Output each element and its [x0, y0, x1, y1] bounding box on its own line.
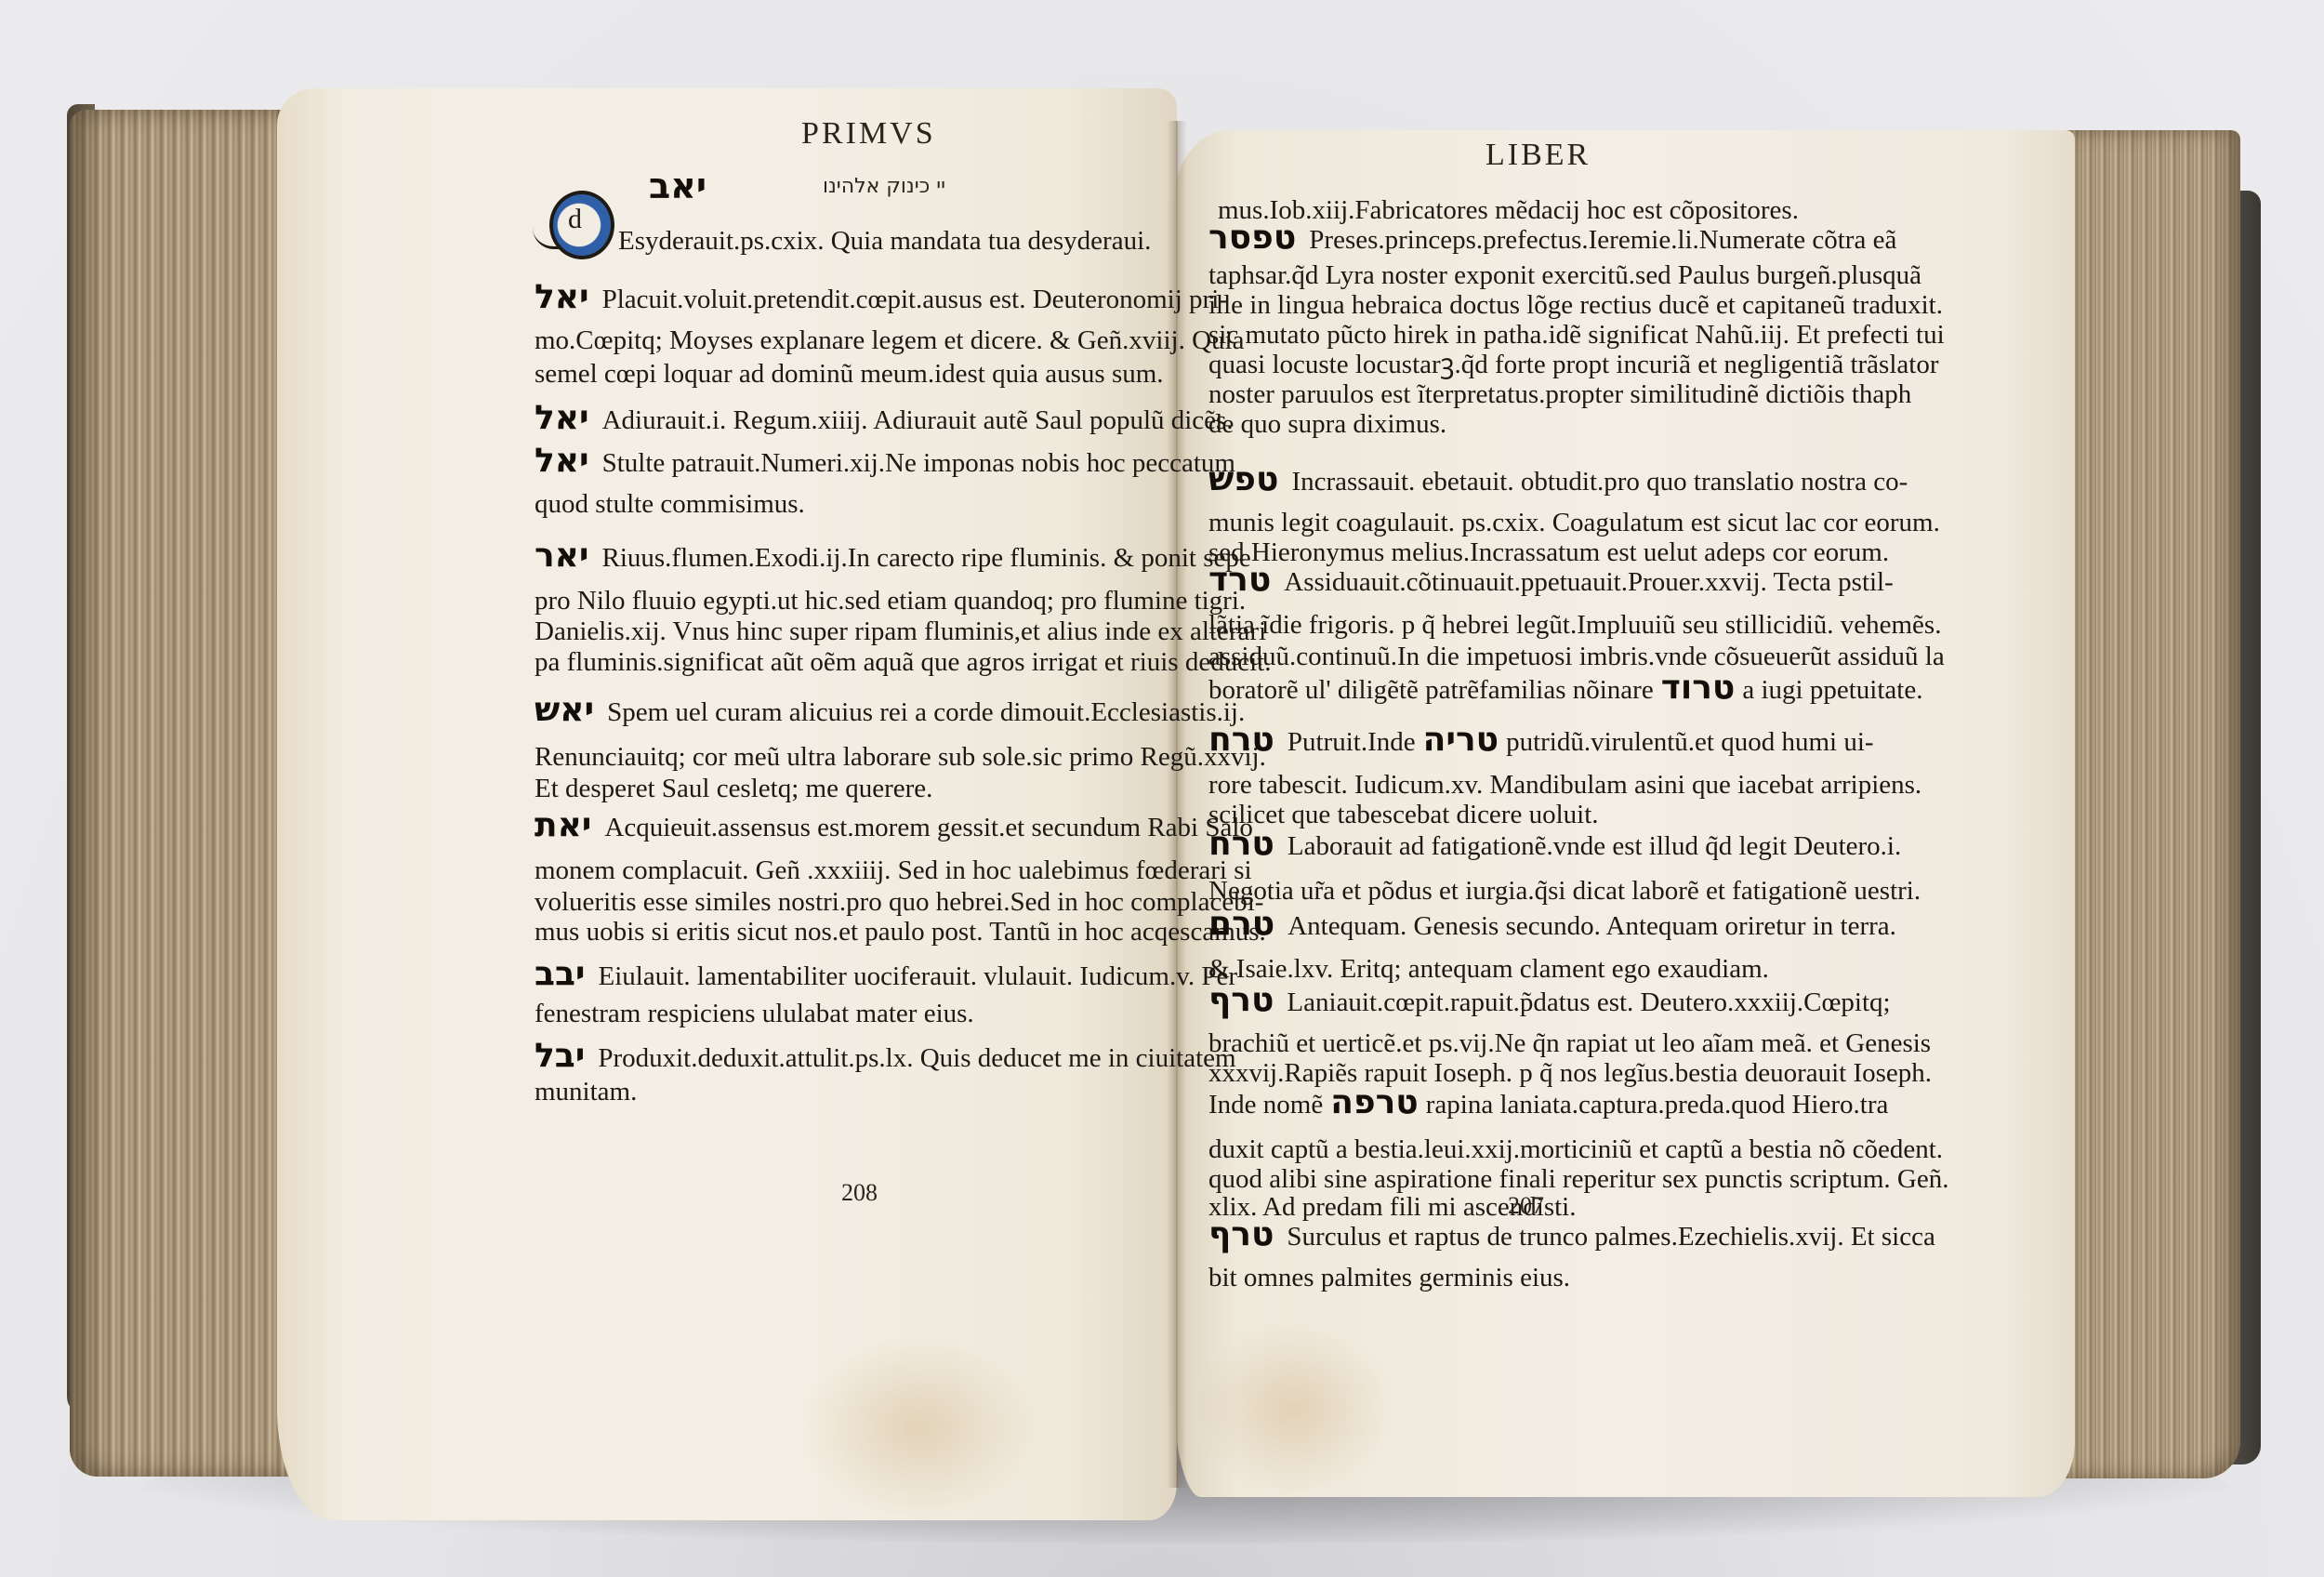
text-line: rore tabescit. Iudicum.xv. Mandibulam as… [1208, 772, 1921, 799]
text-line: & Isaie.lxv. Eritq; antequam clament ego… [1208, 956, 1769, 983]
text-line: taphsar.q̃d Lyra noster exponit exercitũ… [1208, 262, 1921, 289]
right-page-edges [2054, 130, 2240, 1478]
text-line: bit omnes palmites germinis eius. [1208, 1265, 1570, 1292]
entry-line: יבלProduxit.deduxit.attulit.ps.lx. Quis … [535, 1040, 1236, 1073]
text-line: Negotia ur̃a et põdus et iurgia.q̃si dic… [1208, 878, 1921, 905]
text-line: xxxvij.Rapiẽs rapuit Ioseph. p q̃ nos le… [1208, 1060, 1932, 1087]
hebrew-headword: טפש [1208, 463, 1278, 497]
entry-line: יאלAdiurauit.i. Regum.xiiij. Adiurauit a… [535, 402, 1234, 435]
text-line: de quo supra diximus. [1208, 411, 1446, 438]
text-line: volueritis esse similes nostri.pro quo h… [535, 889, 1263, 916]
text-line: mus uobis si eritis sicut nos.et paulo p… [535, 919, 1266, 946]
entry-line: יארRiuus.flumen.Exodi.ij.In carecto ripe… [535, 539, 1251, 573]
text-line: ille in lingua hebraica doctus lõge rect… [1208, 292, 1943, 319]
entry-line: טרףSurculus et raptus de trunco palmes.E… [1208, 1218, 1935, 1252]
hebrew-headword: טרח [1208, 723, 1274, 757]
text-line: munitam. [535, 1079, 637, 1106]
text-line: lãtia ĩdie frigoris. p q̃ hebrei legũt.I… [1208, 612, 1941, 639]
text-line: quasi locuste locustarꝫ.q̃d forte propt … [1208, 351, 1939, 378]
text-line: sed Hieronymus melius.Incrassatum est ue… [1208, 539, 1889, 566]
entry-line: טפשIncrassauit. ebetauit. obtudit.pro qu… [1208, 463, 1908, 497]
decorated-initial: d [542, 191, 614, 256]
water-stain [1192, 1320, 1396, 1497]
text-line: fenestram respiciens ululabat mater eius… [535, 1001, 974, 1027]
initial-ring [549, 191, 614, 259]
hebrew-headword: טרח [1208, 828, 1274, 861]
text-line: pro Nilo fluuio egypti.ut hic.sed etiam … [535, 588, 1246, 615]
text-line: assiduũ.continuũ.In die impetuosi imbris… [1208, 643, 1945, 670]
text-line: quod alibi sine aspiratione finali reper… [1208, 1166, 1949, 1193]
hebrew-headword: יאש [535, 694, 594, 727]
entry-line: יאשSpem uel curam alicuius rei a corde d… [535, 694, 1245, 727]
text-line: semel cœpi loquar ad dominũ meum.idest q… [535, 361, 1164, 388]
entry-line: יבבEiulauit. lamentabiliter uociferauit.… [535, 958, 1237, 991]
hebrew-headword: יאר [535, 539, 588, 573]
running-header-right: LIBER [1486, 138, 1591, 173]
hebrew-inline-word: טריה [1423, 721, 1499, 759]
hebrew-headword: יאל [535, 281, 589, 314]
photo-background: PRIMVS יאב יי כינוק אלהינו d Esyderauit.… [0, 0, 2324, 1577]
entry-line: טרדAssiduauit.cõtinuauit.ppetuauit.Proue… [1208, 563, 1894, 597]
text-line: mo.Cœpitq; Moyses explanare legem et dic… [535, 327, 1244, 354]
text-line: pa fluminis.significat aũt oẽm aquã que … [535, 649, 1271, 676]
text-line: Et desperet Saul cesletq; me querere. [535, 775, 932, 802]
hebrew-headword: טרם [1208, 908, 1274, 941]
running-header-left: PRIMVS [801, 116, 936, 152]
page-number-left: 208 [841, 1179, 878, 1207]
entry-line: טרחLaborauit ad fatigationẽ.vnde est ill… [1208, 828, 1901, 861]
entry-line: טרףLaniauit.cœpit.rapuit.p̃datus est. De… [1208, 984, 1891, 1017]
text-line: monem complacuit. Geñ .xxxiiij. Sed in h… [535, 857, 1252, 884]
hebrew-inline-word: טרוד [1661, 669, 1736, 707]
initial-letter: d [568, 204, 582, 235]
hebrew-headword: טפסר [1208, 221, 1296, 255]
hebrew-headword: יאל [535, 402, 589, 435]
entry-line: יאלPlacuit.voluit.pretendit.cœpit.ausus … [535, 281, 1228, 314]
hebrew-headword: יבב [535, 958, 586, 991]
hebrew-inline-word: טרפה [1330, 1083, 1419, 1121]
headword-top: יאב [649, 166, 706, 206]
text-line: Danielis.xij. Vnus hinc super ripam flum… [535, 618, 1266, 645]
hebrew-headword: יאל [535, 444, 589, 478]
hebrew-headword: טרד [1208, 563, 1271, 597]
text-line: Inde nomẽטרפהrapina laniata.captura.pred… [1208, 1086, 1888, 1120]
text-line: mus.Iob.xiij.Fabricatores mẽdacij hoc es… [1218, 197, 1799, 224]
hebrew-headword: יבל [535, 1040, 585, 1073]
text-line: quod stulte commisimus. [535, 491, 805, 518]
text-line: Renunciauitq; cor meũ ultra laborare sub… [535, 744, 1266, 771]
entry-line: יאתAcquieuit.assensus est.morem gessit.e… [535, 809, 1253, 842]
text-line: boratorẽ ul' diligẽtẽ patrẽfamilias nõin… [1208, 671, 1922, 705]
entry-line: יאלStulte patrauit.Numeri.xij.Ne imponas… [535, 444, 1235, 478]
left-page-edges [70, 110, 293, 1477]
text-line: Esyderauit.ps.cxix. Quia mandata tua des… [618, 228, 1151, 255]
entry-line: טרחPutruit.Indeטריהputridũ.virulentũ.et … [1208, 723, 1874, 757]
entry-line: טרםAntequam. Genesis secundo. Antequam o… [1208, 908, 1896, 941]
text-line: sic mutato pũcto hirek in patha.idẽ sign… [1208, 322, 1945, 349]
text-line: noster paruulos est ĩterpretatus.propter… [1208, 381, 1911, 408]
text-line: brachiũ et uerticẽ.et ps.vij.Ne q̃n rapi… [1208, 1030, 1931, 1057]
hebrew-note: יי כינוק אלהינו [823, 175, 945, 198]
hebrew-headword: טרף [1208, 984, 1274, 1017]
entry-line: טפסרPreses.princeps.prefectus.Ieremie.li… [1208, 221, 1896, 255]
page-number-right: 207 [1508, 1192, 1544, 1220]
hebrew-headword: יאת [535, 809, 591, 842]
hebrew-headword: טרף [1208, 1218, 1274, 1252]
text-line: munis legit coagulauit. ps.cxix. Coagula… [1208, 510, 1940, 537]
water-stain [798, 1334, 1039, 1520]
text-line: duxit captũ a bestia.leui.xxij.morticini… [1208, 1136, 1943, 1163]
